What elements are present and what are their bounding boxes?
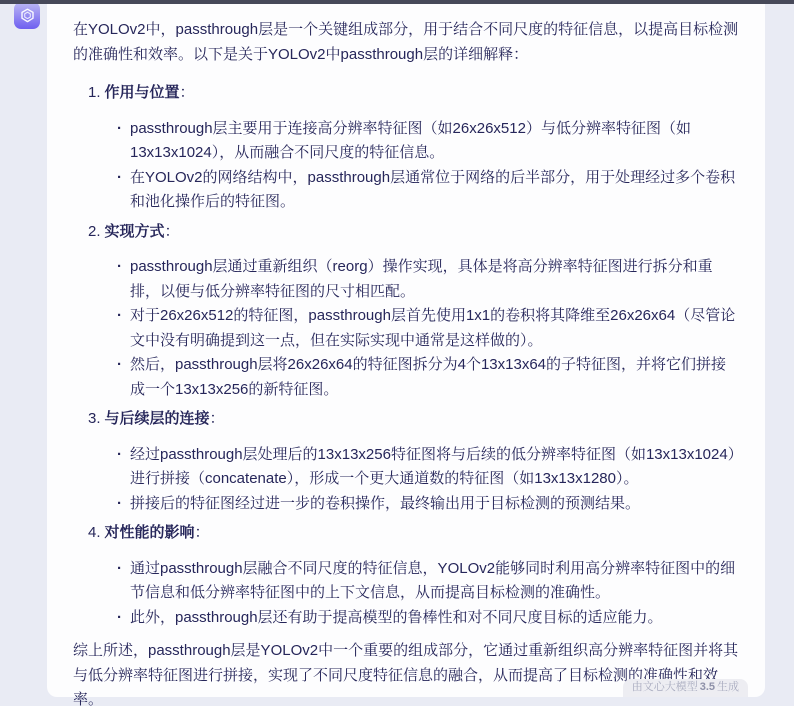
watermark-version: 3.5	[700, 681, 715, 693]
section-heading-1: 1.作用与位置：	[88, 81, 739, 106]
watermark-prefix: 由文心大模型	[632, 681, 698, 693]
bullet-item: · 在YOLOv2的网络结构中，passthrough层通常位于网络的后半部分，…	[117, 166, 739, 215]
bullet-text: 此外，passthrough层还有助于提高模型的鲁棒性和对不同尺度目标的适应能力…	[130, 606, 739, 631]
bullet-item: · 通过passthrough层融合不同尺度的特征信息，YOLOv2能够同时利用…	[117, 557, 739, 606]
bullet-text: passthrough层通过重新组织（reorg）操作实现，具体是将高分辨率特征…	[130, 255, 739, 304]
assistant-avatar	[14, 2, 40, 29]
bullet-text: 在YOLOv2的网络结构中，passthrough层通常位于网络的后半部分，用于…	[130, 166, 739, 215]
section-heading-4: 4.对性能的影响：	[88, 521, 739, 546]
section-number: 4.	[88, 524, 101, 541]
bullet-text: passthrough层主要用于连接高分辨率特征图（如26x26x512）与低分…	[130, 117, 739, 166]
bullet-dot: ·	[117, 166, 130, 215]
top-divider-bar	[0, 0, 794, 4]
bullet-item: · passthrough层通过重新组织（reorg）操作实现，具体是将高分辨率…	[117, 255, 739, 304]
assistant-message-card: 在YOLOv2中，passthrough层是一个关键组成部分，用于结合不同尺度的…	[47, 4, 765, 697]
section-heading-2: 2.实现方式：	[88, 220, 739, 245]
section-title: 对性能的影响	[105, 524, 195, 541]
section-4-bullets: · 通过passthrough层融合不同尺度的特征信息，YOLOv2能够同时利用…	[73, 557, 739, 631]
bullet-dot: ·	[117, 353, 130, 402]
bullet-item: · 拼接后的特征图经过进一步的卷积操作，最终输出用于目标检测的预测结果。	[117, 492, 739, 517]
section-colon: ：	[210, 410, 225, 427]
section-1-bullets: · passthrough层主要用于连接高分辨率特征图（如26x26x512）与…	[73, 117, 739, 215]
section-title: 实现方式	[105, 223, 165, 240]
bullet-text: 然后，passthrough层将26x26x64的特征图拆分为4个13x13x6…	[130, 353, 739, 402]
section-3-bullets: · 经过passthrough层处理后的13x13x256特征图将与后续的低分辨…	[73, 443, 739, 517]
bullet-dot: ·	[117, 557, 130, 606]
section-colon: ：	[180, 84, 195, 101]
section-number: 1.	[88, 84, 101, 101]
section-title: 作用与位置	[105, 84, 180, 101]
ernie-logo-icon	[20, 8, 35, 23]
bullet-item: · 经过passthrough层处理后的13x13x256特征图将与后续的低分辨…	[117, 443, 739, 492]
bullet-text: 经过passthrough层处理后的13x13x256特征图将与后续的低分辨率特…	[130, 443, 739, 492]
bullet-dot: ·	[117, 443, 130, 492]
bullet-dot: ·	[117, 304, 130, 353]
section-colon: ：	[195, 524, 210, 541]
bullet-text: 通过passthrough层融合不同尺度的特征信息，YOLOv2能够同时利用高分…	[130, 557, 739, 606]
bullet-item: · passthrough层主要用于连接高分辨率特征图（如26x26x512）与…	[117, 117, 739, 166]
section-title: 与后续层的连接	[105, 410, 210, 427]
bullet-dot: ·	[117, 492, 130, 517]
section-2-bullets: · passthrough层通过重新组织（reorg）操作实现，具体是将高分辨率…	[73, 255, 739, 402]
section-colon: ：	[165, 223, 180, 240]
intro-paragraph: 在YOLOv2中，passthrough层是一个关键组成部分，用于结合不同尺度的…	[73, 18, 739, 67]
section-number: 3.	[88, 410, 101, 427]
watermark-suffix: 生成	[717, 681, 739, 693]
bullet-item: · 然后，passthrough层将26x26x64的特征图拆分为4个13x13…	[117, 353, 739, 402]
model-watermark: 由文心大模型3.5生成	[623, 679, 748, 697]
section-heading-3: 3.与后续层的连接：	[88, 407, 739, 432]
bullet-dot: ·	[117, 255, 130, 304]
bullet-dot: ·	[117, 606, 130, 631]
bullet-dot: ·	[117, 117, 130, 166]
bullet-item: · 对于26x26x512的特征图，passthrough层首先使用1x1的卷积…	[117, 304, 739, 353]
bullet-text: 拼接后的特征图经过进一步的卷积操作，最终输出用于目标检测的预测结果。	[130, 492, 739, 517]
bullet-text: 对于26x26x512的特征图，passthrough层首先使用1x1的卷积将其…	[130, 304, 739, 353]
section-number: 2.	[88, 223, 101, 240]
bullet-item: · 此外，passthrough层还有助于提高模型的鲁棒性和对不同尺度目标的适应…	[117, 606, 739, 631]
